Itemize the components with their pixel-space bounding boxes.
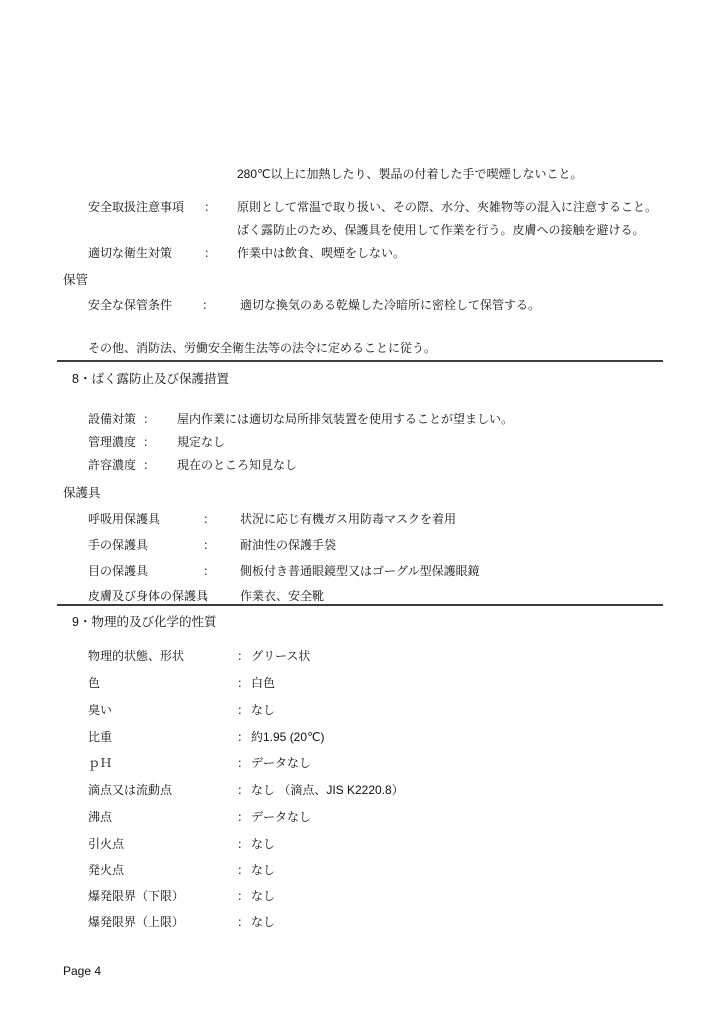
row-colon: ： [203,511,240,527]
handling-row-hygiene-measures: 適切な衛生対策 ： 作業中は飲食、喫煙をしない。 [88,245,405,265]
row-colon: ： [237,755,247,771]
exposure-row-permissible-concentration: 許容濃度 ： 現在のところ知見なし [88,457,297,473]
section-divider [57,604,663,606]
row-value: なし [247,888,275,904]
row-value: 約1.95 (20℃) [247,729,325,745]
row-value: 白色 [247,675,275,691]
row-colon: ： [143,457,177,473]
handling-row-safety-precautions: 安全取扱注意事項 ： 原則として常温で取り扱い、その際、水分、夾雑物等の混入に注… [88,199,657,242]
exposure-row-control-concentration: 管理濃度 ： 規定なし [88,434,225,450]
property-row-physical-state: 物理的状態、形状 ： グリース状 [88,648,310,664]
row-label: 臭い [88,702,237,718]
row-label: 目の保護具 [88,563,203,579]
row-value: なし [247,914,275,930]
property-row-boiling-point: 沸点 ： データなし [88,809,311,825]
row-value: 適切な換気のある乾燥した冷暗所に密栓して保管する。 [240,297,540,313]
row-label: 安全取扱注意事項 [88,199,204,242]
row-value: なし （滴点、JIS K2220.8） [247,782,404,798]
row-label: 爆発限界（上限） [88,914,237,930]
section8-heading: 8・ばく露防止及び保護措置 [72,371,229,387]
row-label: 呼吸用保護具 [88,511,203,527]
row-value: 現在のところ知見なし [177,457,297,473]
equipment-row-eyes: 目の保護具 ： 側板付き普通眼鏡型又はゴーグル型保護眼鏡 [88,563,480,579]
row-value: なし [247,836,275,852]
row-value-line: 作業中は飲食、喫煙をしない。 [237,242,405,265]
row-label: 皮膚及び身体の保護具 [88,588,203,604]
row-label: 物理的状態、形状 [88,648,237,664]
row-colon: ： [237,675,247,691]
row-label: 沸点 [88,809,237,825]
row-value-line: 原則として常温で取り扱い、その際、水分、夾雑物等の混入に注意すること。 [237,196,657,219]
storage-row-safe-conditions: 安全な保管条件 ： 適切な換気のある乾燥した冷暗所に密栓して保管する。 [88,297,540,313]
row-label: ｐＨ [88,755,237,771]
row-colon: ： [203,537,240,553]
storage-subheading: 保管 [63,272,88,288]
row-value: 原則として常温で取り扱い、その際、水分、夾雑物等の混入に注意すること。 ばく露防… [237,196,657,242]
row-label: 許容濃度 [88,457,143,473]
row-label: 安全な保管条件 [88,297,202,313]
row-value: 側板付き普通眼鏡型又はゴーグル型保護眼鏡 [240,563,480,579]
row-colon: ： [237,888,247,904]
row-value: 規定なし [177,434,225,450]
row-colon: ： [237,862,247,878]
property-row-dropping-point: 滴点又は流動点 ： なし （滴点、JIS K2220.8） [88,782,404,798]
row-value: 耐油性の保護手袋 [240,537,336,553]
row-colon: ： [237,702,247,718]
regulation-note: その他、消防法、労働安全衛生法等の法令に定めることに従う。 [88,340,436,356]
row-label: 発火点 [88,862,237,878]
row-value: データなし [247,809,311,825]
equipment-row-skin-body: 皮膚及び身体の保護具 ： 作業衣、安全靴 [88,588,324,604]
row-label: 適切な衛生対策 [88,245,204,265]
row-value: グリース状 [247,648,310,664]
property-row-ignition-point: 発火点 ： なし [88,862,275,878]
row-value-line: ばく露防止のため、保護具を使用して作業を行う。皮膚への接触を避ける。 [237,219,657,242]
row-colon: ： [143,411,177,427]
row-colon: ： [237,914,247,930]
row-colon: ： [237,782,247,798]
row-value: 作業中は飲食、喫煙をしない。 [237,242,405,265]
row-value: 状況に応じ有機ガス用防毒マスクを着用 [240,511,456,527]
row-colon: ： [237,809,247,825]
row-value: データなし [247,755,311,771]
row-value: 作業衣、安全靴 [240,588,324,604]
row-value: なし [247,702,275,718]
property-row-color: 色 ： 白色 [88,675,275,691]
row-label: 設備対策 [88,411,143,427]
row-colon: ： [237,648,247,664]
row-label: 比重 [88,729,237,745]
row-label: 引火点 [88,836,237,852]
row-label: 手の保護具 [88,537,203,553]
row-label: 滴点又は流動点 [88,782,237,798]
row-label: 管理濃度 [88,434,143,450]
handling-continuation-line: 280℃以上に加熱したり、製品の付着した手で喫煙しないこと。 [237,166,583,182]
row-colon: ： [143,434,177,450]
property-row-odor: 臭い ： なし [88,702,275,718]
row-colon: ： [204,245,237,265]
row-colon: ： [237,836,247,852]
protective-equipment-subheading: 保護具 [63,485,101,501]
property-row-explosion-limit-upper: 爆発限界（上限） ： なし [88,914,275,930]
row-value: 屋内作業には適切な局所排気装置を使用することが望ましい。 [177,411,513,427]
property-row-ph: ｐＨ ： データなし [88,755,311,771]
row-colon: ： [203,563,240,579]
property-row-specific-gravity: 比重 ： 約1.95 (20℃) [88,729,325,745]
exposure-row-equipment-measures: 設備対策 ： 屋内作業には適切な局所排気装置を使用することが望ましい。 [88,411,513,427]
equipment-row-hands: 手の保護具 ： 耐油性の保護手袋 [88,537,336,553]
sds-document-page: 280℃以上に加熱したり、製品の付着した手で喫煙しないこと。 安全取扱注意事項 … [0,0,723,1024]
property-row-flash-point: 引火点 ： なし [88,836,275,852]
row-colon: ： [202,297,240,313]
row-colon: ： [203,588,240,604]
row-value: なし [247,862,275,878]
section9-heading: 9・物理的及び化学的性質 [72,614,216,630]
equipment-row-respiratory: 呼吸用保護具 ： 状況に応じ有機ガス用防毒マスクを着用 [88,511,456,527]
row-label: 色 [88,675,237,691]
section-divider [57,360,663,362]
row-colon: ： [204,199,237,242]
property-row-explosion-limit-lower: 爆発限界（下限） ： なし [88,888,275,904]
page-number: Page 4 [63,963,101,979]
row-label: 爆発限界（下限） [88,888,237,904]
row-colon: ： [237,729,247,745]
